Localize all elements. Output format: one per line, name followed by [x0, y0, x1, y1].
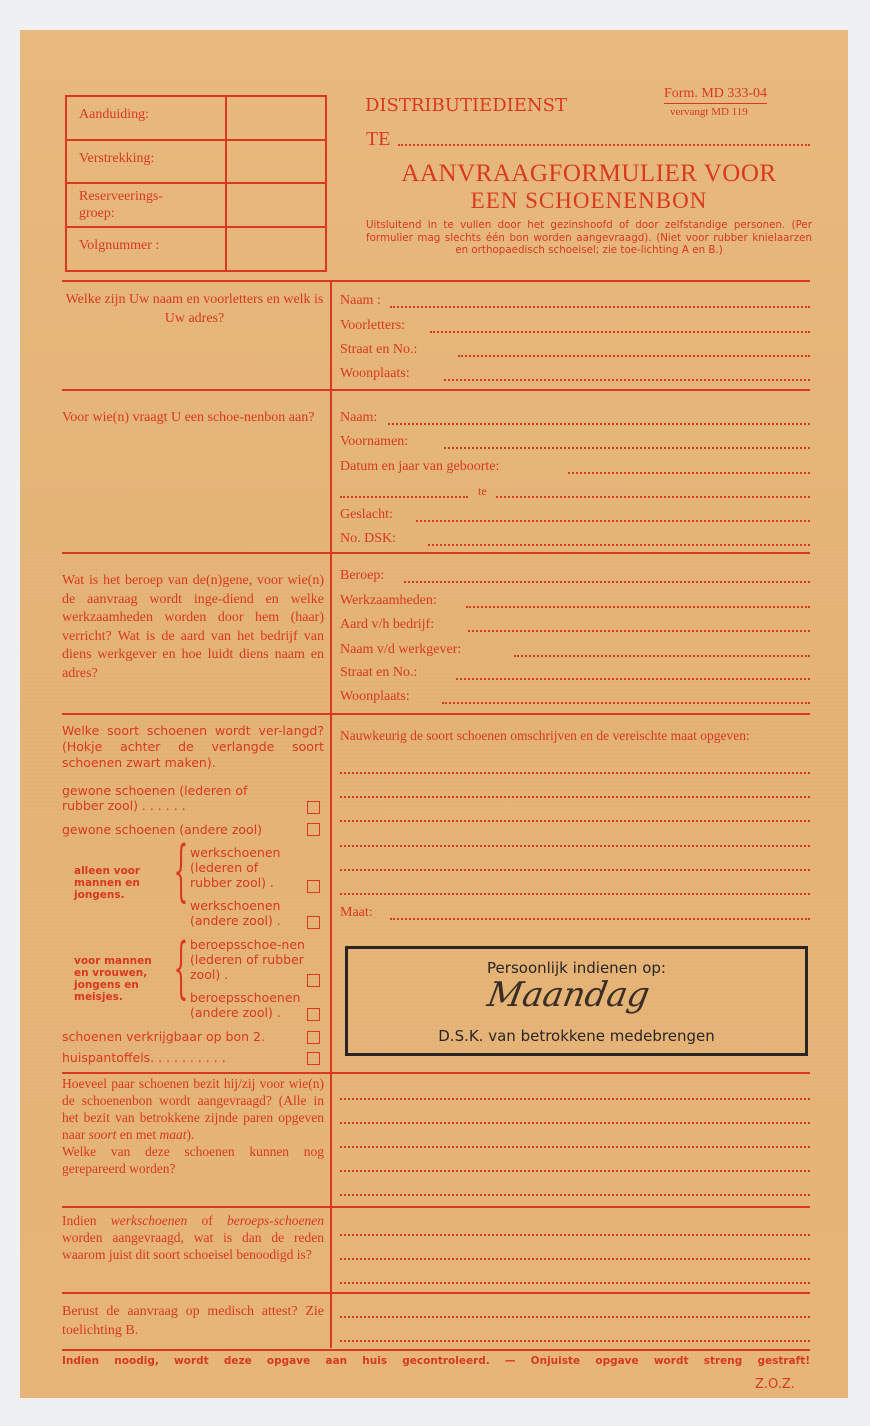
option-label-work-other: werkschoenen (andere zool) . — [190, 898, 302, 928]
column-divider — [330, 282, 332, 1348]
question-owned-shoes-text: ). — [187, 1127, 195, 1142]
checkbox-regular-other[interactable] — [307, 823, 320, 836]
reason-line[interactable] — [340, 1234, 810, 1236]
section-divider — [62, 280, 810, 282]
work-activities-field[interactable] — [466, 606, 810, 608]
question-reason-italic: beroeps-schoenen — [227, 1213, 324, 1228]
option-label-bon2: schoenen verkrijgbaar op bon 2. — [62, 1029, 265, 1044]
recipient-birthdate-cont-field[interactable] — [340, 496, 468, 498]
applicant-name-field[interactable] — [390, 306, 810, 308]
question-applicant: Welke zijn Uw naam en voorletters en wel… — [62, 290, 327, 328]
option-label-regular-leather: gewone schoenen (lederen of rubber zool)… — [62, 783, 262, 813]
owned-shoes-line[interactable] — [340, 1194, 810, 1196]
label-recipient-birthplace: te — [478, 484, 487, 499]
label-company-type: Aard v/h bedrijf: — [340, 617, 434, 633]
label-recipient-birthdate: Datum en jaar van geboorte: — [340, 459, 499, 475]
recipient-gender-field[interactable] — [416, 520, 810, 522]
label-recipient-dsk: No. DSK: — [340, 531, 396, 547]
recipient-firstnames-field[interactable] — [444, 447, 810, 449]
admin-value-reserveeringsgroep[interactable] — [229, 184, 323, 226]
handwritten-day: Maandag — [484, 975, 652, 1015]
admin-box: Aanduiding: Verstrekking: Reserveerings-… — [65, 95, 327, 272]
question-recipient: Voor wie(n) vraagt U een schoe-nenbon aa… — [62, 408, 324, 427]
admin-label-aanduiding: Aanduiding: — [67, 107, 227, 123]
occupation-field[interactable] — [404, 581, 810, 583]
label-work-activities: Werkzaamheden: — [340, 593, 437, 609]
question-shoe-type: Welke soort schoenen wordt ver-langd? (H… — [62, 723, 324, 771]
option-label-slippers: huispantoffels. . . . . . . . . . — [62, 1050, 226, 1065]
recipient-birthdate-field[interactable] — [568, 472, 810, 474]
reason-line[interactable] — [340, 1282, 810, 1284]
group-note-men: alleen voor mannen en jongens. — [74, 865, 154, 901]
recipient-name-field[interactable] — [388, 423, 810, 425]
admin-value-volgnummer[interactable] — [229, 228, 323, 268]
question-owned-shoes-text: en met — [116, 1127, 159, 1142]
employer-city-field[interactable] — [442, 702, 810, 704]
stamp-line-dsk: D.S.K. van betrokkene medebrengen — [348, 1027, 805, 1045]
admin-value-aanduiding[interactable] — [229, 97, 323, 139]
question-work-shoes-reason: Indien werkschoenen of beroeps-schoenen … — [62, 1212, 324, 1263]
option-label-professional-other: beroepsschoenen (andere zool) . — [190, 990, 318, 1020]
checkbox-bon2[interactable] — [307, 1031, 320, 1044]
option-label-professional-leather: beroepsschoe-nen (lederen of rubber zool… — [190, 937, 305, 982]
shoe-description-line[interactable] — [340, 772, 810, 774]
label-employer-street: Straat en No.: — [340, 665, 417, 681]
label-employer-city: Woonplaats: — [340, 689, 410, 705]
section-divider — [62, 389, 810, 391]
brace-icon: { — [174, 838, 189, 904]
form-replaces: vervangt MD 119 — [670, 106, 748, 118]
shoe-size-field[interactable] — [390, 918, 810, 920]
agency-name: DISTRIBUTIEDIENST — [365, 95, 567, 116]
section-divider — [62, 1072, 810, 1074]
section-divider — [62, 552, 810, 554]
owned-shoes-line[interactable] — [340, 1098, 810, 1100]
admin-label-verstrekking: Verstrekking: — [67, 151, 227, 167]
form-instructions: Uitsluitend in te vullen door het gezins… — [366, 219, 812, 257]
owned-shoes-line[interactable] — [340, 1146, 810, 1148]
section-divider — [62, 713, 810, 715]
checkbox-professional-other[interactable] — [307, 1008, 320, 1021]
question-reason-italic: werkschoenen — [111, 1213, 187, 1228]
footer-zoz: Z.O.Z. — [755, 1377, 795, 1392]
option-label-regular-other: gewone schoenen (andere zool) — [62, 822, 262, 837]
checkbox-work-leather[interactable] — [307, 880, 320, 893]
applicant-city-field[interactable] — [444, 379, 810, 381]
label-recipient-firstnames: Voornamen: — [340, 434, 408, 450]
admin-label-volgnummer: Volgnummer : — [67, 238, 227, 254]
checkbox-professional-leather[interactable] — [307, 974, 320, 987]
applicant-initials-field[interactable] — [430, 331, 810, 333]
owned-shoes-line[interactable] — [340, 1122, 810, 1124]
group-note-all: voor mannen en vrouwen, jongens en meisj… — [74, 955, 164, 1003]
checkbox-slippers[interactable] — [307, 1052, 320, 1065]
question-reason-text: Indien — [62, 1213, 111, 1228]
shoe-description-line[interactable] — [340, 893, 810, 895]
label-occupation: Beroep: — [340, 568, 384, 584]
question-owned-shoes-italic: soort — [89, 1127, 117, 1142]
question-owned-shoes: Hoeveel paar schoenen bezit hij/zij voor… — [62, 1075, 324, 1177]
question-reason-text: worden aangevraagd, wat is dan de reden … — [62, 1230, 324, 1262]
question-owned-shoes-italic: maat — [160, 1127, 187, 1142]
shoe-description-line[interactable] — [340, 796, 810, 798]
company-type-field[interactable] — [468, 630, 810, 632]
office-stamp: Persoonlijk indienen op: Maandag D.S.K. … — [345, 946, 808, 1056]
form-title-line1: AANVRAAGFORMULIER VOOR — [366, 160, 812, 188]
question-medical: Berust de aanvraag op medisch attest? Zi… — [62, 1302, 324, 1340]
form-title-line2: EEN SCHOENENBON — [366, 188, 812, 214]
label-recipient-name: Naam: — [340, 410, 377, 426]
shoe-description-line[interactable] — [340, 845, 810, 847]
question-reason-text: of — [187, 1213, 227, 1228]
te-label: TE — [366, 128, 390, 151]
label-employer-name: Naam v/d werkgever: — [340, 642, 461, 658]
shoe-description-line[interactable] — [340, 869, 810, 871]
label-applicant-initials: Voorletters: — [340, 318, 405, 334]
checkbox-work-other[interactable] — [307, 916, 320, 929]
employer-street-field[interactable] — [456, 678, 810, 680]
section-divider — [62, 1292, 810, 1294]
label-applicant-street: Straat en No.: — [340, 342, 417, 358]
option-label-work-leather: werkschoenen (lederen of rubber zool) . — [190, 845, 302, 890]
recipient-birthplace-field[interactable] — [496, 496, 810, 498]
footer-warning: Indien noodig, wordt deze opgave aan hui… — [62, 1355, 810, 1367]
medical-line[interactable] — [340, 1316, 810, 1318]
label-applicant-name: Naam : — [340, 293, 381, 309]
reason-line[interactable] — [340, 1258, 810, 1260]
recipient-dsk-field[interactable] — [428, 544, 810, 546]
describe-shoes-label: Nauwkeurig de soort schoenen omschrijven… — [340, 727, 810, 744]
label-applicant-city: Woonplaats: — [340, 366, 410, 382]
form-code: Form. MD 333-04 — [664, 86, 767, 104]
owned-shoes-line[interactable] — [340, 1170, 810, 1172]
brace-icon: { — [174, 935, 189, 1001]
admin-label-reserveeringsgroep: Reserveerings- groep: — [67, 188, 227, 222]
section-divider — [62, 1206, 810, 1208]
te-location-field[interactable] — [398, 144, 810, 146]
question-occupation: Wat is het beroep van de(n)gene, voor wi… — [62, 572, 324, 683]
shoe-description-line[interactable] — [340, 820, 810, 822]
admin-value-verstrekking[interactable] — [229, 141, 323, 182]
applicant-street-field[interactable] — [458, 355, 810, 357]
question-repair: Welke van deze schoenen kunnen nog gerep… — [62, 1144, 324, 1176]
checkbox-regular-leather[interactable] — [307, 801, 320, 814]
section-divider — [62, 1349, 810, 1351]
label-shoe-size: Maat: — [340, 905, 373, 921]
label-recipient-gender: Geslacht: — [340, 507, 393, 523]
employer-name-field[interactable] — [514, 655, 810, 657]
medical-line[interactable] — [340, 1340, 810, 1342]
